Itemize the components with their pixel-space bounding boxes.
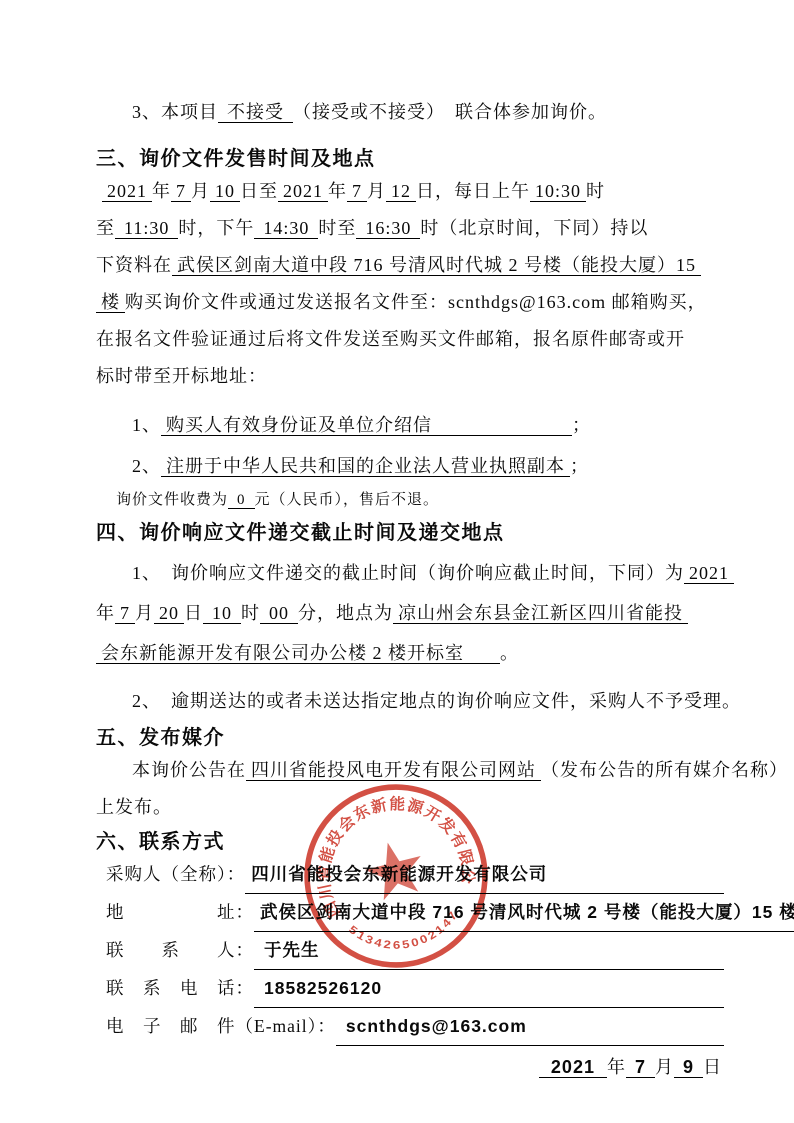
contact-label: 联 系 电 话： <box>106 970 254 1007</box>
text: 日至 <box>240 181 278 201</box>
item-number: 1、 <box>132 415 161 435</box>
blank-end-day: 12 <box>386 181 416 202</box>
text: 时（北京时间，下同）持以 <box>420 218 648 238</box>
blank-deadline-year: 2021 <box>684 563 734 584</box>
sec3-line-2: 至11:30时，下午14:30时至16:30时（北京时间，下同）持以 <box>96 210 724 247</box>
blank-deadline-minute: 00 <box>260 603 298 624</box>
contact-row-email: 电 子 邮 件（E-mail）：scnthdgs@163.com <box>106 1008 724 1046</box>
text: 年 <box>328 181 347 201</box>
blank-start-month: 7 <box>171 181 191 202</box>
email-value: scnthdgs@163.com <box>336 1008 724 1046</box>
blank-fee-amount: 0 <box>228 492 255 509</box>
text: 年 <box>96 603 115 623</box>
blank-publish-media: 四川省能投风电开发有限公司网站 <box>246 760 541 781</box>
sec3-line-4: 楼购买询价文件或通过发送报名文件至：scnthdgs@163.com 邮箱购买， <box>96 284 724 321</box>
text: 年 <box>607 1057 626 1077</box>
blank-sale-address-cont: 楼 <box>96 292 125 313</box>
text: ； <box>570 456 589 476</box>
text: 时，下午 <box>178 218 254 238</box>
contact-person-value: 于先生 <box>254 932 724 970</box>
text: 购买询价文件或通过发送报名文件至：scnthdgs@163.com 邮箱购买， <box>125 292 707 312</box>
blank-start-year: 2021 <box>102 181 152 202</box>
sec4-line-3: 会东新能源开发有限公司办公楼 2 楼开标室。 <box>96 633 724 673</box>
sec3-item-1: 1、购买人有效身份证及单位介绍信； <box>132 407 724 444</box>
text: 本询价公告在 <box>132 760 246 780</box>
section6-heading: 六、联系方式 <box>96 828 724 856</box>
sec3-item-2: 2、注册于中华人民共和国的企业法人营业执照副本； <box>132 448 724 485</box>
sec4-item-2: 2、 逾期送达的或者未送达指定地点的询价响应文件，采购人不予受理。 <box>132 683 724 720</box>
contact-label: 电 子 邮 件（E-mail）： <box>106 1008 336 1045</box>
sec4-line-1: 1、 询价响应文件递交的截止时间（询价响应截止时间，下同）为2021 <box>132 553 724 593</box>
text: 月 <box>191 181 210 201</box>
blank-end-year: 2021 <box>278 181 328 202</box>
contact-row-phone: 联 系 电 话：18582526120 <box>106 970 724 1008</box>
blank-deadline-day: 20 <box>154 603 184 624</box>
blank-start-day: 10 <box>210 181 240 202</box>
item-number: 2、 <box>132 456 161 476</box>
text: 月 <box>367 181 386 201</box>
text: （发布公告的所有媒介名称） <box>541 760 788 780</box>
sec3-line-6: 标时带至开标地址： <box>96 358 724 395</box>
phone-value: 18582526120 <box>254 970 724 1008</box>
text: 月 <box>135 603 154 623</box>
sec5-line-2: 上发布。 <box>96 789 724 826</box>
date-month: 7 <box>626 1057 655 1078</box>
section5-heading: 五、发布媒介 <box>96 724 724 752</box>
text: 时 <box>241 603 260 623</box>
blank-sale-address: 武侯区剑南大道中段 716 号清风时代城 2 号楼（能投大厦）15 <box>172 255 701 276</box>
intro-pre: 3、本项目 <box>132 102 218 122</box>
blank-accept-or-not: 不接受 <box>218 102 293 123</box>
blank-required-doc-1: 购买人有效身份证及单位介绍信 <box>161 415 572 436</box>
address-value: 武侯区剑南大道中段 716 号清风时代城 2 号楼（能投大厦）15 楼 <box>254 894 794 932</box>
document-date: 2021年7月9日 <box>96 1050 724 1084</box>
contact-label: 地 址： <box>106 894 254 931</box>
date-year: 2021 <box>539 1057 607 1078</box>
blank-end-month: 7 <box>347 181 367 202</box>
sec5-line-1: 本询价公告在四川省能投风电开发有限公司网站（发布公告的所有媒介名称） <box>132 752 724 789</box>
text: 月 <box>655 1057 674 1077</box>
sec3-fee-line: 询价文件收费为0元（人民币），售后不退。 <box>116 487 724 513</box>
blank-pm-start: 14:30 <box>254 218 318 239</box>
text: 1、 询价响应文件递交的截止时间（询价响应截止时间，下同）为 <box>132 563 684 583</box>
contact-row-person: 联 系 人：于先生 <box>106 932 724 970</box>
blank-am-end: 11:30 <box>115 218 178 239</box>
text: ； <box>572 415 591 435</box>
text: 时 <box>586 181 605 201</box>
contact-label: 联 系 人： <box>106 932 254 969</box>
sec3-line-1: 2021年7月10日至2021年7月12日，每日上午10:30时 <box>102 173 724 210</box>
text: 元（人民币），售后不退。 <box>255 492 440 508</box>
contact-label: 采购人（全称）： <box>106 856 245 893</box>
text: 分，地点为 <box>298 603 393 623</box>
date-day: 9 <box>674 1057 703 1078</box>
section3-heading: 三、询价文件发售时间及地点 <box>96 145 724 173</box>
blank-am-start: 10:30 <box>530 181 586 202</box>
sec4-line-2: 年7月20日10时00分，地点为凉山州会东县金江新区四川省能投 <box>96 593 724 633</box>
contact-row-purchaser: 采购人（全称）：四川省能投会东新能源开发有限公司 <box>106 856 724 894</box>
blank-deadline-month: 7 <box>115 603 135 624</box>
blank-required-doc-2: 注册于中华人民共和国的企业法人营业执照副本 <box>161 456 570 477</box>
section4-heading: 四、询价响应文件递交截止时间及递交地点 <box>96 519 724 547</box>
intro-post: （接受或不接受） 联合体参加询价。 <box>293 102 607 122</box>
text: 日，每日上午 <box>416 181 530 201</box>
intro-item-line: 3、本项目不接受（接受或不接受） 联合体参加询价。 <box>132 94 724 131</box>
sec3-line-3: 下资料在武侯区剑南大道中段 716 号清风时代城 2 号楼（能投大厦）15 <box>96 247 724 284</box>
document-page: 3、本项目不接受（接受或不接受） 联合体参加询价。 三、询价文件发售时间及地点 … <box>0 0 794 1123</box>
blank-pm-end: 16:30 <box>356 218 420 239</box>
text: 。 <box>500 643 519 663</box>
text: 下资料在 <box>96 255 172 275</box>
text: 询价文件收费为 <box>116 492 228 508</box>
blank-submit-place-cont: 会东新能源开发有限公司办公楼 2 楼开标室 <box>96 643 500 664</box>
text: 时至 <box>318 218 356 238</box>
text: 至 <box>96 218 115 238</box>
text: 日 <box>184 603 203 623</box>
blank-deadline-hour: 10 <box>203 603 241 624</box>
contact-row-address: 地 址：武侯区剑南大道中段 716 号清风时代城 2 号楼（能投大厦）15 楼 <box>106 894 724 932</box>
purchaser-name-value: 四川省能投会东新能源开发有限公司 <box>245 856 724 894</box>
text: 年 <box>152 181 171 201</box>
text: 日 <box>703 1057 722 1077</box>
blank-submit-place: 凉山州会东县金江新区四川省能投 <box>393 603 688 624</box>
sec3-line-5: 在报名文件验证通过后将文件发送至购买文件邮箱，报名原件邮寄或开 <box>96 321 724 358</box>
